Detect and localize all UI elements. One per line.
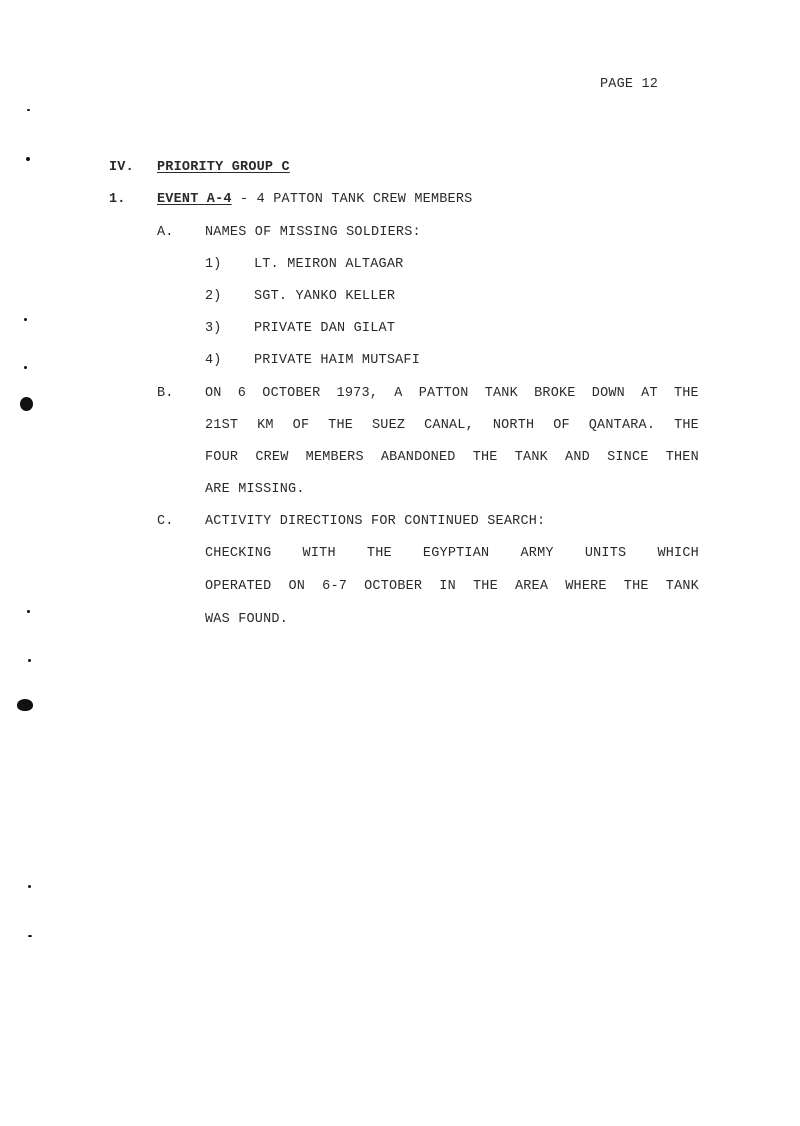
word: CHECKING (205, 546, 271, 562)
word: SUEZ (372, 418, 405, 434)
subsection-c-letter: C. (157, 514, 174, 530)
subsection-b-last-line: ARE MISSING. (205, 482, 305, 498)
event-title: EVENT A-4 (157, 192, 232, 207)
word: TANK (666, 579, 699, 595)
word: CANAL, (424, 418, 474, 434)
subsection-b-letter: B. (157, 386, 174, 402)
document-page: PAGE 12 IV. PRIORITY GROUP C 1. EVENT A-… (0, 0, 800, 1126)
word: NORTH (493, 418, 535, 434)
scan-speck (27, 610, 30, 613)
subsection-c-last-line: WAS FOUND. (205, 612, 288, 628)
word: OCTOBER (262, 386, 320, 402)
word: AREA (515, 579, 548, 595)
word: OF (293, 418, 310, 434)
word: WHICH (657, 546, 699, 562)
word: AND (565, 450, 590, 466)
soldier-number: 4) (205, 353, 222, 369)
word: ON (288, 579, 305, 595)
word: TANK (515, 450, 548, 466)
scan-speck (24, 366, 27, 369)
subsection-c-line: OPERATEDON6-7OCTOBERINTHEAREAWHERETHETAN… (205, 579, 699, 595)
soldier-name: SGT. YANKO KELLER (254, 289, 395, 305)
word: THE (473, 579, 498, 595)
word: SINCE (607, 450, 649, 466)
subsection-c-heading: ACTIVITY DIRECTIONS FOR CONTINUED SEARCH… (205, 514, 545, 530)
soldier-name: PRIVATE DAN GILAT (254, 321, 395, 337)
subsection-c-line: CHECKINGWITHTHEEGYPTIANARMYUNITSWHICH (205, 546, 699, 562)
section-title: PRIORITY GROUP C (157, 160, 290, 176)
soldier-number: 3) (205, 321, 222, 337)
subsection-b-line: 21STKMOFTHESUEZCANAL,NORTHOFQANTARA.THE (205, 418, 699, 434)
section-number: IV. (109, 160, 134, 176)
event-number: 1. (109, 192, 126, 208)
subsection-b-line: ON6OCTOBER1973,APATTONTANKBROKEDOWNATTHE (205, 386, 699, 402)
word: TANK (485, 386, 518, 402)
word: 6-7 (322, 579, 347, 595)
event-heading: EVENT A-4 - 4 PATTON TANK CREW MEMBERS (157, 192, 472, 208)
punch-hole-mark (20, 397, 33, 411)
soldier-number: 2) (205, 289, 222, 305)
soldier-name: PRIVATE HAIM MUTSAFI (254, 353, 420, 369)
scan-speck (28, 659, 31, 662)
word: AT (641, 386, 658, 402)
word: ON (205, 386, 222, 402)
word: PATTON (419, 386, 469, 402)
word: THE (674, 418, 699, 434)
word: KM (257, 418, 274, 434)
word: DOWN (592, 386, 625, 402)
word: ARMY (520, 546, 553, 562)
word: UNITS (585, 546, 627, 562)
word: QANTARA. (589, 418, 655, 434)
word: EGYPTIAN (423, 546, 489, 562)
word: CREW (255, 450, 288, 466)
word: THE (328, 418, 353, 434)
word: WHERE (565, 579, 607, 595)
word: FOUR (205, 450, 238, 466)
word: OPERATED (205, 579, 271, 595)
word: THE (473, 450, 498, 466)
event-subtitle: - 4 PATTON TANK CREW MEMBERS (232, 192, 473, 207)
scan-speck (26, 157, 30, 161)
soldier-name: LT. MEIRON ALTAGAR (254, 257, 403, 273)
subsection-b-line: FOURCREWMEMBERSABANDONEDTHETANKANDSINCET… (205, 450, 699, 466)
scan-speck (27, 109, 30, 111)
subsection-a-letter: A. (157, 225, 174, 241)
word: 1973, (337, 386, 379, 402)
word: OCTOBER (364, 579, 422, 595)
word: OF (553, 418, 570, 434)
word: BROKE (534, 386, 576, 402)
subsection-a-heading: NAMES OF MISSING SOLDIERS: (205, 225, 421, 241)
word: 6 (238, 386, 246, 402)
word: ABANDONED (381, 450, 456, 466)
word: THE (367, 546, 392, 562)
word: 21ST (205, 418, 238, 434)
word: WITH (303, 546, 336, 562)
punch-hole-mark (17, 699, 33, 711)
scan-speck (28, 935, 32, 937)
word: THEN (666, 450, 699, 466)
soldier-number: 1) (205, 257, 222, 273)
word: MEMBERS (306, 450, 364, 466)
word: IN (439, 579, 456, 595)
word: A (394, 386, 402, 402)
word: THE (624, 579, 649, 595)
scan-speck (28, 885, 31, 888)
page-number: PAGE 12 (600, 77, 658, 93)
word: THE (674, 386, 699, 402)
scan-speck (24, 318, 27, 321)
